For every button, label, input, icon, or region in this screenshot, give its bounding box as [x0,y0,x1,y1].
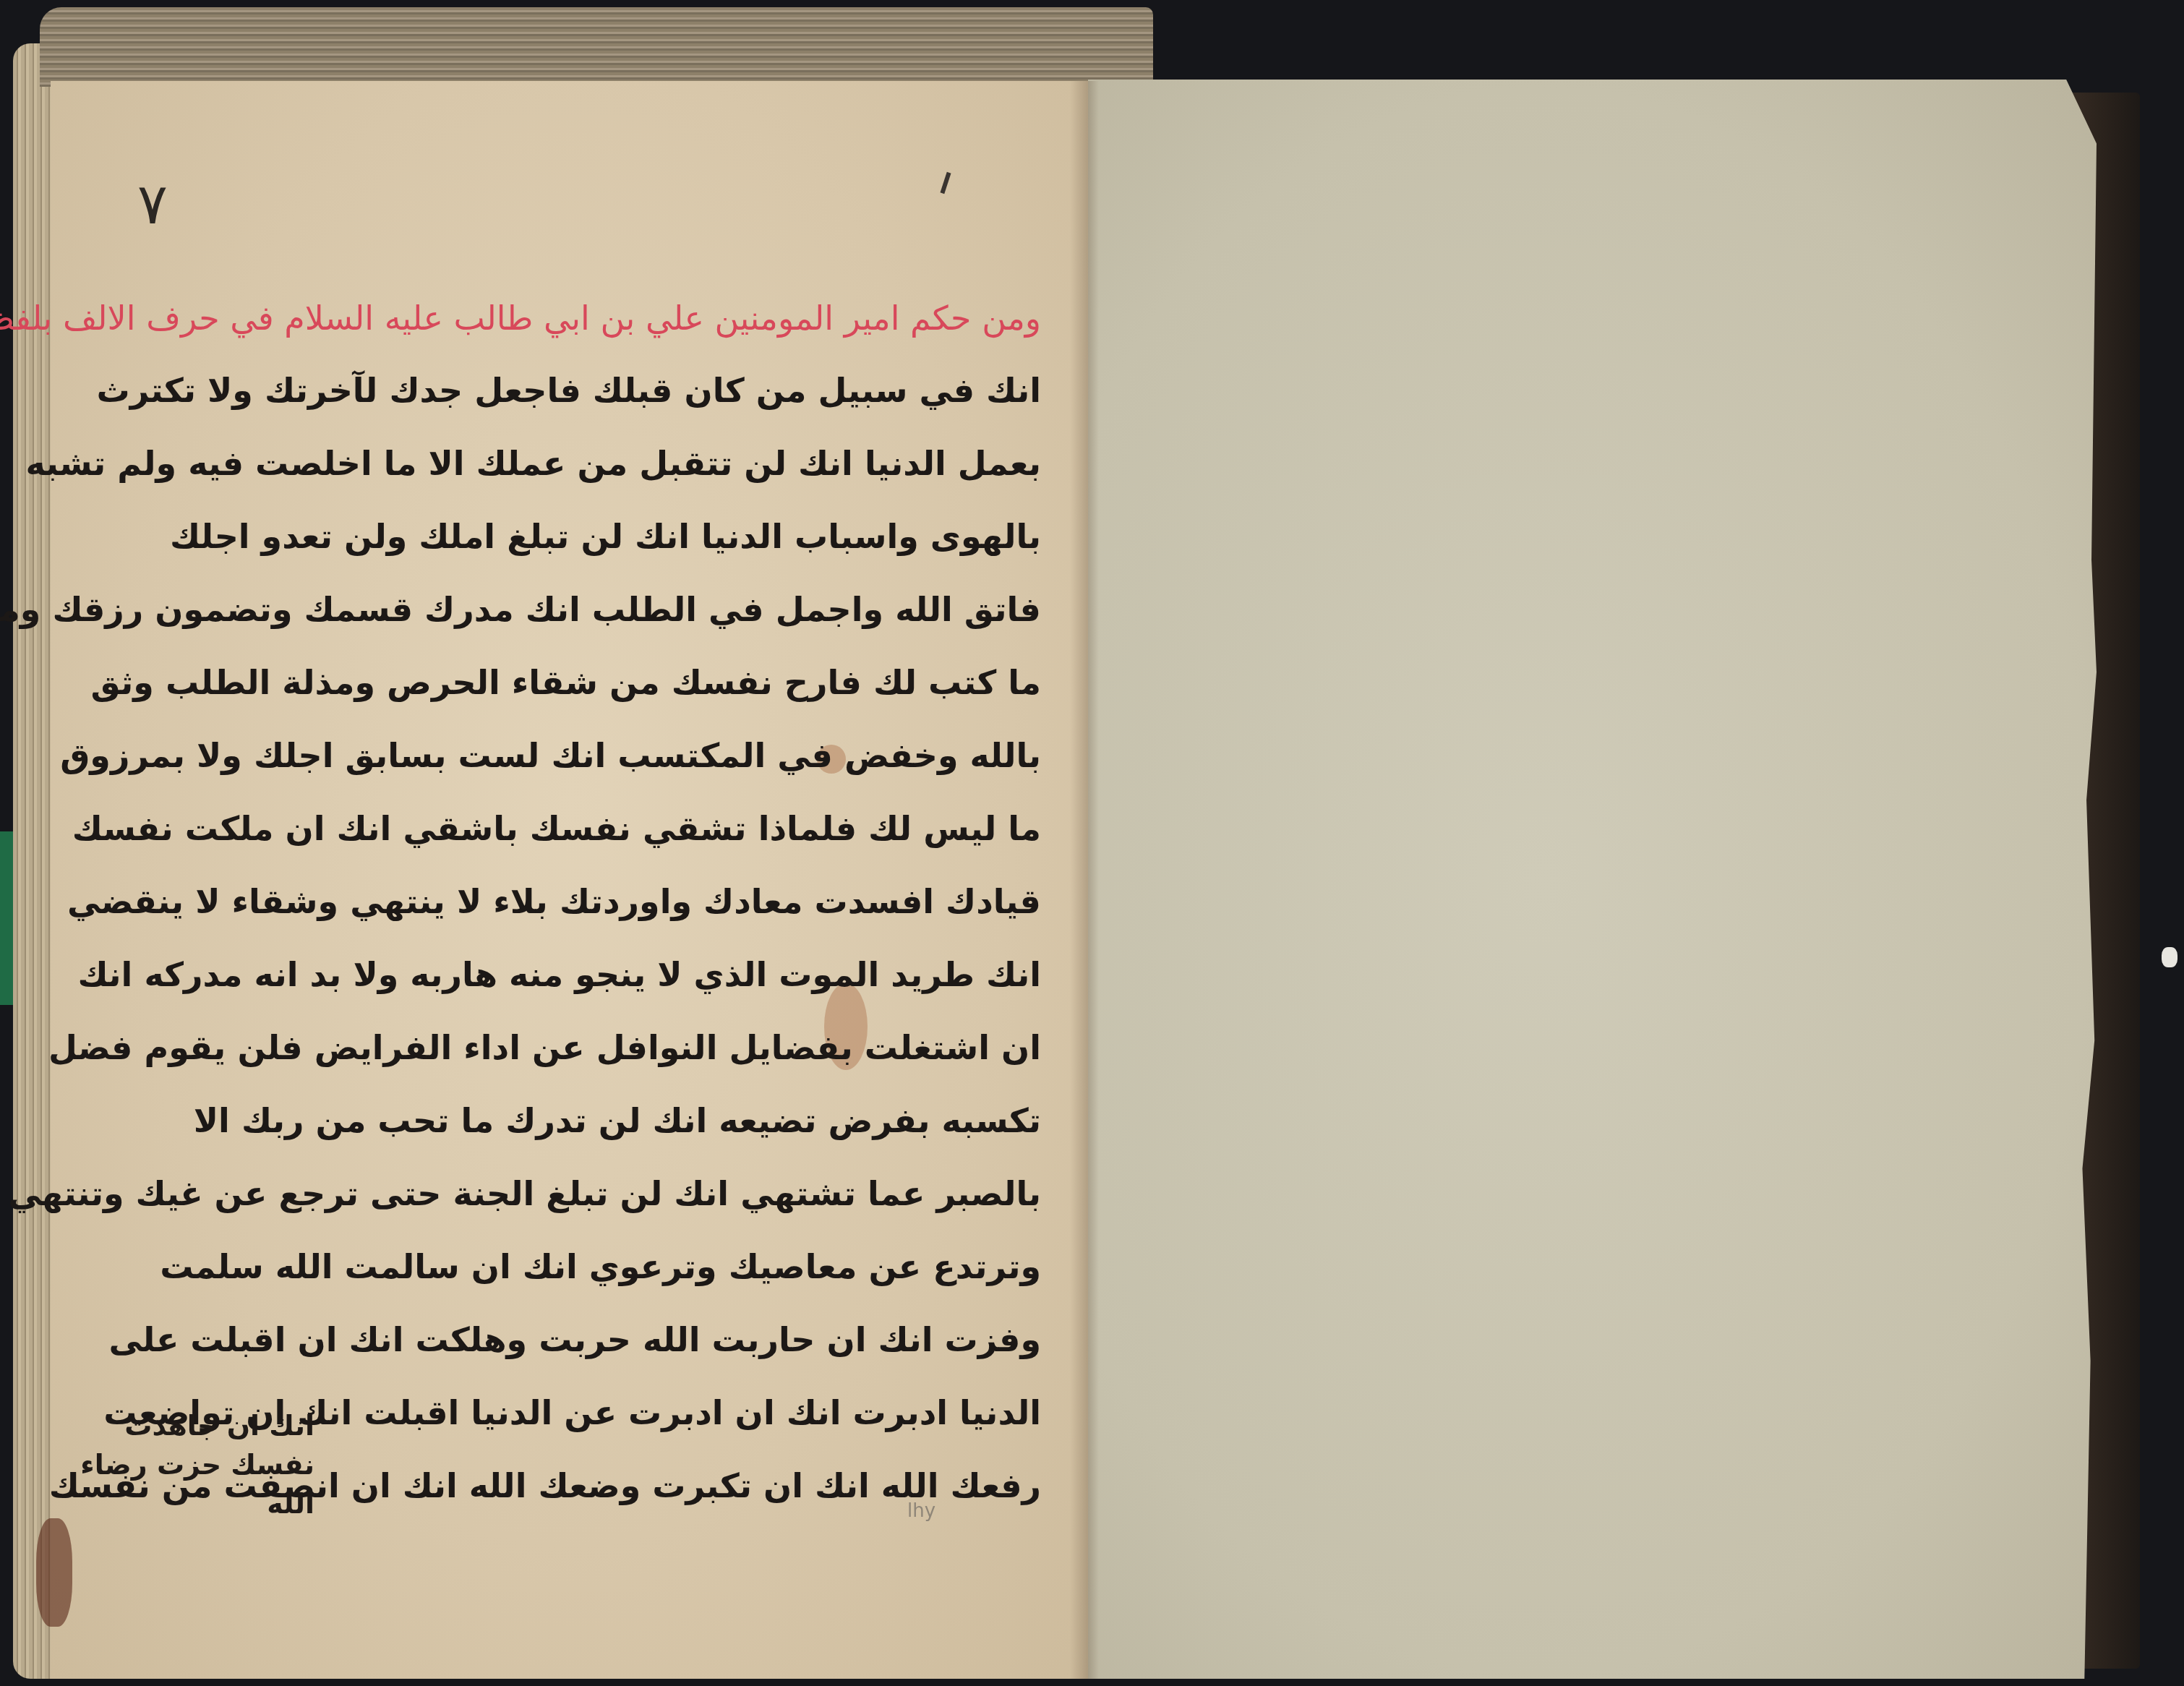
pencil-mark: lhy [907,1500,935,1522]
text-line: بعمل الدنيا انك لن تتقبل من عملك الا ما … [376,427,1041,500]
text-line: الدنيا ادبرت انك ان ادبرت عن الدنيا اقبل… [376,1377,1041,1450]
text-line: رفعك الله انك ان تكبرت وضعك الله انك ان … [376,1450,1041,1523]
gutter-fold [1070,81,1099,1679]
text-line: ما كتب لك فارح نفسك من شقاء الحرص ومذلة … [376,646,1041,719]
margin-note-line: انك ان جاهدت [69,1406,314,1445]
text-line: ما ليس لك فلماذا تشقي نفسك باشقي انك ان … [376,792,1041,865]
top-page-edge [40,7,1153,87]
text-line: بالهوى واسباب الدنيا انك لن تبلغ املك ول… [376,500,1041,573]
text-line: بالصبر عما تشتهي انك لن تبلغ الجنة حتى ت… [376,1157,1041,1231]
rubric-heading: ومن حكم امير المومنين علي بن ابي طالب عل… [376,282,1041,354]
edge-tab [2162,947,2177,967]
folio-number: ٧ [137,172,168,237]
marginal-note: انك ان جاهدت نفسك حزت رضاء الله [69,1406,314,1523]
text-line: ان اشتغلت بفضايل النوافل عن اداء الفرايض… [376,1011,1041,1084]
margin-note-line: نفسك حزت رضاء الله [69,1445,314,1523]
text-line: بالله وخفض في المكتسب انك لست بسابق اجلك… [376,719,1041,792]
text-line: انك في سبيل من كان قبلك فاجعل جدك لآخرتك… [376,354,1041,427]
main-text-block: ومن حكم امير المومنين علي بن ابي طالب عل… [376,282,1041,1523]
manuscript-photo: ٧ ومن حكم امير المومنين علي بن ابي طالب … [0,0,2184,1686]
text-line: تكسبه بفرض تضيعه انك لن تدرك ما تحب من ر… [376,1084,1041,1157]
text-line: وفزت انك ان حاربت الله حربت وهلكت انك ان… [376,1304,1041,1377]
dark-stain [36,1518,72,1627]
right-page-blank [1088,80,2097,1681]
text-line: قيادك افسدت معادك واوردتك بلاء لا ينتهي … [376,865,1041,938]
text-line: وترتدع عن معاصيك وترعوي انك ان سالمت الل… [376,1231,1041,1304]
text-line: انك طريد الموت الذي لا ينجو منه هاربه ول… [376,938,1041,1011]
text-line: فاتق الله واجمل في الطلب انك مدرك قسمك و… [376,573,1041,646]
bottom-shadow [0,1679,2184,1686]
